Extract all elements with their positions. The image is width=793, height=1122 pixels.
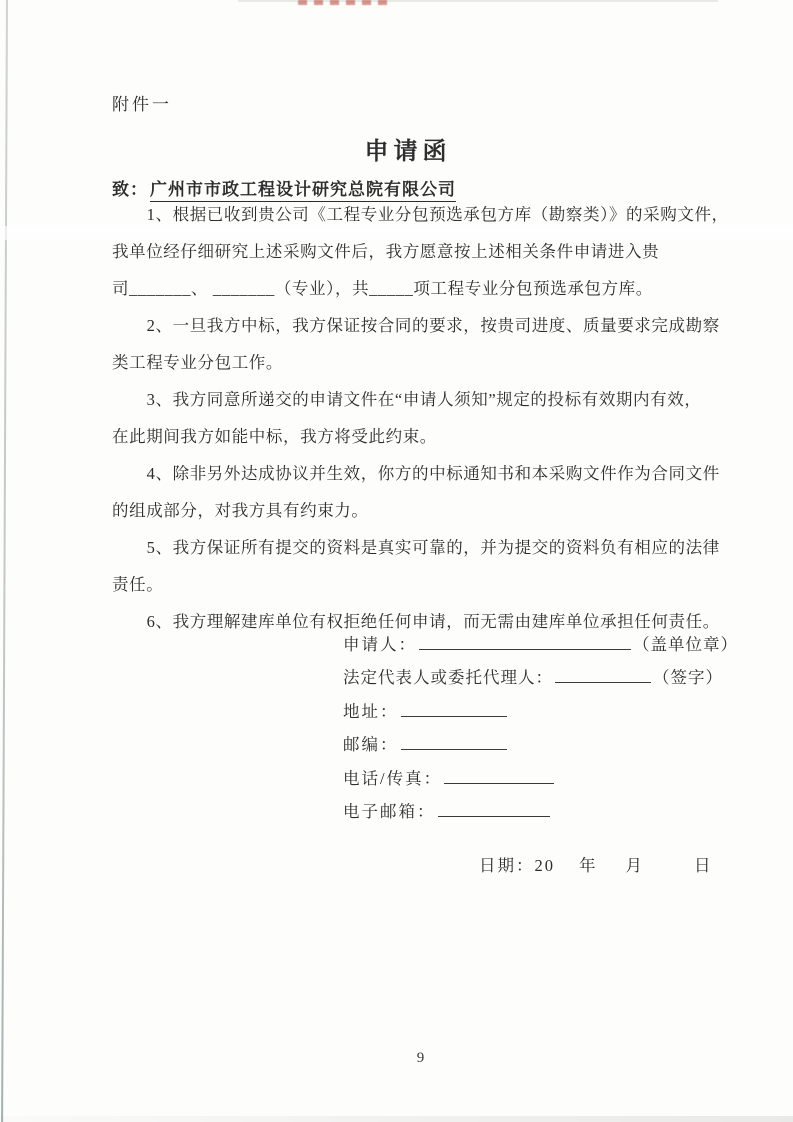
- date-month-label: 月: [626, 856, 645, 875]
- email-blank-field: [438, 802, 550, 817]
- phone-fax-label: 电话/传真：: [343, 769, 442, 788]
- body-paragraphs: 1、根据已收到贵公司《工程专业分包预选承包方库（勘察类）》的采购文件，我单位经仔…: [112, 196, 712, 640]
- address-label: 地址：: [343, 702, 399, 721]
- signature-row-address: 地址：: [343, 698, 738, 731]
- paragraph-line: 责任。: [112, 566, 712, 603]
- legal-rep-label: 法定代表人或委托代理人：: [343, 668, 553, 687]
- date-day-label: 日: [694, 856, 713, 875]
- signature-row-email: 电子邮箱：: [343, 798, 738, 831]
- signature-row-applicant: 申请人：（盖单位章）: [343, 631, 738, 664]
- date-year-value: 20: [535, 856, 556, 875]
- paragraph-line: 1、根据已收到贵公司《工程专业分包预选承包方库（勘察类）》的采购文件，: [112, 196, 712, 233]
- date-line: 日期：20年月日: [479, 852, 713, 876]
- legal-rep-blank-field: [555, 668, 651, 683]
- address-blank-field: [401, 702, 507, 717]
- signature-row-phone-fax: 电话/传真：: [343, 765, 738, 798]
- attachment-label: 附件一: [112, 90, 172, 115]
- scan-paper-edge-left: [1, 0, 8, 1122]
- paragraph-line: 2、一旦我方中标，我方保证按合同的要求，按贵司进度、质量要求完成勘察: [112, 307, 712, 344]
- paragraph-line: 在此期间我方如能中标，我方将受此约束。: [112, 418, 712, 455]
- scan-paper-edge-bottom: [0, 1116, 793, 1122]
- scanned-document-page: 附件一 申请函 致：广州市市政工程设计研究总院有限公司 1、根据已收到贵公司《工…: [0, 0, 793, 1122]
- paragraph-line: 司_______、 _______（专业），共_____项工程专业分包预选承包方…: [112, 270, 712, 307]
- applicant-label: 申请人：: [343, 635, 417, 654]
- postcode-blank-field: [401, 735, 507, 750]
- legal-rep-sign-note: （签字）: [653, 668, 723, 687]
- email-label: 电子邮箱：: [343, 802, 436, 821]
- date-year-label: 年: [579, 856, 598, 875]
- scan-red-text-artifact: [298, 0, 394, 5]
- paragraph-line: 5、我方保证所有提交的资料是真实可靠的，并为提交的资料负有相应的法律: [112, 529, 712, 566]
- signature-block: 申请人：（盖单位章） 法定代表人或委托代理人：（签字） 地址： 邮编： 电话/传…: [343, 631, 738, 831]
- applicant-blank-field: [419, 635, 631, 650]
- phone-fax-blank-field: [444, 769, 554, 784]
- signature-row-postcode: 邮编：: [343, 731, 738, 764]
- postcode-label: 邮编：: [343, 735, 399, 754]
- applicant-seal-note: （盖单位章）: [633, 635, 738, 654]
- signature-row-legal-rep: 法定代表人或委托代理人：（签字）: [343, 664, 738, 697]
- date-label: 日期：: [479, 856, 535, 875]
- paragraph-line: 的组成部分，对我方具有约束力。: [112, 492, 712, 529]
- document-title: 申请函: [112, 131, 704, 166]
- paragraph-line: 3、我方同意所递交的申请文件在“申请人须知”规定的投标有效期内有效，: [112, 381, 712, 418]
- paragraph-line: 类工程专业分包工作。: [112, 344, 712, 381]
- page-number: 9: [24, 1050, 793, 1067]
- paragraph-line: 4、除非另外达成协议并生效，你方的中标通知书和本采购文件作为合同文件: [112, 455, 712, 492]
- paragraph-line: 我单位经仔细研究上述采购文件后，我方愿意按上述相关条件申请进入贵: [112, 233, 712, 270]
